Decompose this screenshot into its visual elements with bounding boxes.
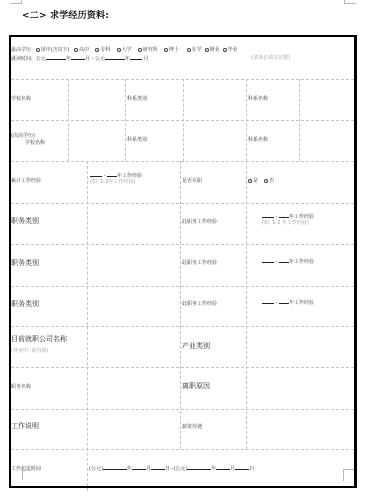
grid-line (68, 79, 69, 161)
grid-line (11, 367, 354, 368)
option-label: 研究所 (143, 47, 158, 53)
job-exp-to-field[interactable] (279, 299, 289, 304)
crop-mark-top-right (344, 0, 356, 4)
end-month-field[interactable] (216, 465, 230, 470)
work-period-label: 工作起迄时间 (11, 466, 41, 473)
grid-line (11, 286, 354, 287)
dash: - (92, 56, 94, 62)
end-year-field[interactable] (105, 55, 125, 60)
job-experience-range: - 年工作经验 (262, 258, 314, 266)
job-category-label: 职务类别 (11, 260, 39, 267)
total-experience-hint: (如: 1-2年工作经验) (90, 179, 135, 186)
current-company-hint: (待业中, 请勿填) (11, 348, 48, 355)
grid-line (246, 79, 247, 161)
radio-college[interactable] (95, 48, 99, 52)
study-period-line: 就读时间: 公元年月 - 公元年 月 (11, 55, 149, 63)
end-month-field[interactable] (130, 55, 142, 60)
option-label: 在学 (192, 47, 202, 53)
grid-line (11, 449, 354, 450)
era-label: (公元) (89, 466, 103, 472)
secondary-education-prefix: (次高学历) (11, 133, 35, 140)
employed-options: 是 否 (248, 178, 274, 185)
dept-name-label: 科系名称 (248, 96, 268, 103)
grid-line (87, 161, 88, 491)
option-label: 国中(含以下) (41, 47, 70, 53)
job-exp-from-field[interactable] (262, 258, 274, 263)
grid-line (299, 79, 300, 161)
job-description-label: 工作说明 (11, 423, 39, 430)
radio-dropped[interactable] (205, 48, 209, 52)
section-title: <二> 求学经历资料: (22, 8, 109, 21)
era-label: 公元 (95, 56, 105, 62)
start-year-field[interactable] (46, 55, 66, 60)
no-label: 否 (269, 178, 274, 184)
day-label: 日 (165, 466, 170, 472)
grid-line (11, 244, 354, 245)
start-month-field[interactable] (132, 465, 146, 470)
option-label: 毕业 (228, 47, 238, 53)
school-name-label: 学校名称 (25, 140, 45, 147)
radio-employed-no[interactable] (264, 179, 268, 183)
exp-to-field[interactable] (107, 172, 117, 177)
radio-phd[interactable] (164, 48, 168, 52)
employed-label: 是否在职 (182, 178, 202, 185)
start-month-field[interactable] (71, 55, 85, 60)
grid-line (11, 161, 354, 162)
month-label: 月 (144, 56, 149, 62)
job-experience-hint: (如: 1-2 年工作经验) (262, 220, 309, 227)
era-label: (公元) (173, 466, 187, 472)
education-form: 最高学历 国中(含以下) 高中 专科 大学 研究所 博士 在学肄业毕业 就读时间… (9, 35, 357, 488)
radio-university[interactable] (117, 48, 121, 52)
day-label: 日 (249, 466, 254, 472)
highest-education-line: 最高学历 国中(含以下) 高中 专科 大学 研究所 博士 在学肄业毕业 (11, 47, 238, 54)
job-experience-range: - 年工作经验 (262, 299, 314, 307)
radio-graduated[interactable] (223, 48, 227, 52)
option-label: 肄业 (210, 47, 220, 53)
end-day-field[interactable] (235, 465, 249, 470)
current-company-label: 目前就职公司名称 (11, 336, 67, 343)
industry-label: 产业类别 (182, 343, 210, 350)
dept-name-label: 科系名称 (248, 137, 268, 144)
grid-line (125, 79, 126, 161)
range-suffix: 年工作经验 (289, 259, 314, 265)
job-category-label: 职务类别 (11, 301, 39, 308)
radio-graduate[interactable] (138, 48, 142, 52)
grid-line (180, 161, 181, 449)
grid-line (11, 409, 354, 410)
start-day-field[interactable] (151, 465, 165, 470)
radio-junior[interactable] (36, 48, 40, 52)
option-label: 大学 (122, 47, 132, 53)
salary-label: 薪资待遇 (182, 424, 202, 431)
option-label: 高中 (79, 47, 89, 53)
job-exp-from-field[interactable] (262, 213, 274, 218)
month-label: 月 (85, 56, 90, 62)
study-period-hint: (请务必填写完整) (251, 55, 290, 62)
position-label: 职务名称 (11, 384, 31, 391)
school-name-label: 学校名称 (11, 96, 31, 103)
yes-label: 是 (253, 178, 258, 184)
grid-line (11, 203, 354, 204)
total-experience-label: 累计工作经验 (11, 178, 41, 185)
grid-line (183, 79, 184, 161)
radio-employed-yes[interactable] (248, 179, 252, 183)
dept-type-label: 科系类别 (127, 137, 147, 144)
radio-enrolled[interactable] (187, 48, 191, 52)
option-label: 专科 (100, 47, 110, 53)
job-exp-to-field[interactable] (279, 213, 289, 218)
exp-from-field[interactable] (90, 172, 102, 177)
leave-reason-label: 离职原因 (182, 383, 210, 390)
range-suffix: 年工作经验 (289, 300, 314, 306)
job-experience-label: 此职务工作经验 (182, 301, 217, 308)
start-year-field[interactable] (103, 465, 127, 470)
study-period-label: 就读时间: (11, 56, 33, 62)
job-experience-label: 此职务工作经验 (182, 260, 217, 267)
grid-line (11, 326, 354, 327)
option-label: 博士 (169, 47, 179, 53)
crop-mark-top-left (10, 0, 22, 4)
highest-education-label: 最高学历 (11, 47, 31, 53)
radio-senior[interactable] (74, 48, 78, 52)
grid-line (246, 161, 247, 449)
end-year-field[interactable] (187, 465, 211, 470)
job-experience-label: 此职务工作经验 (182, 219, 217, 226)
job-exp-from-field[interactable] (262, 299, 274, 304)
work-period-line: (公元)年月日 -(公元)年月日 (89, 465, 254, 473)
era-label: 公元 (36, 56, 46, 62)
job-category-label: 职务类别 (11, 218, 39, 225)
job-exp-to-field[interactable] (279, 258, 289, 263)
dept-type-label: 科系类别 (127, 96, 147, 103)
